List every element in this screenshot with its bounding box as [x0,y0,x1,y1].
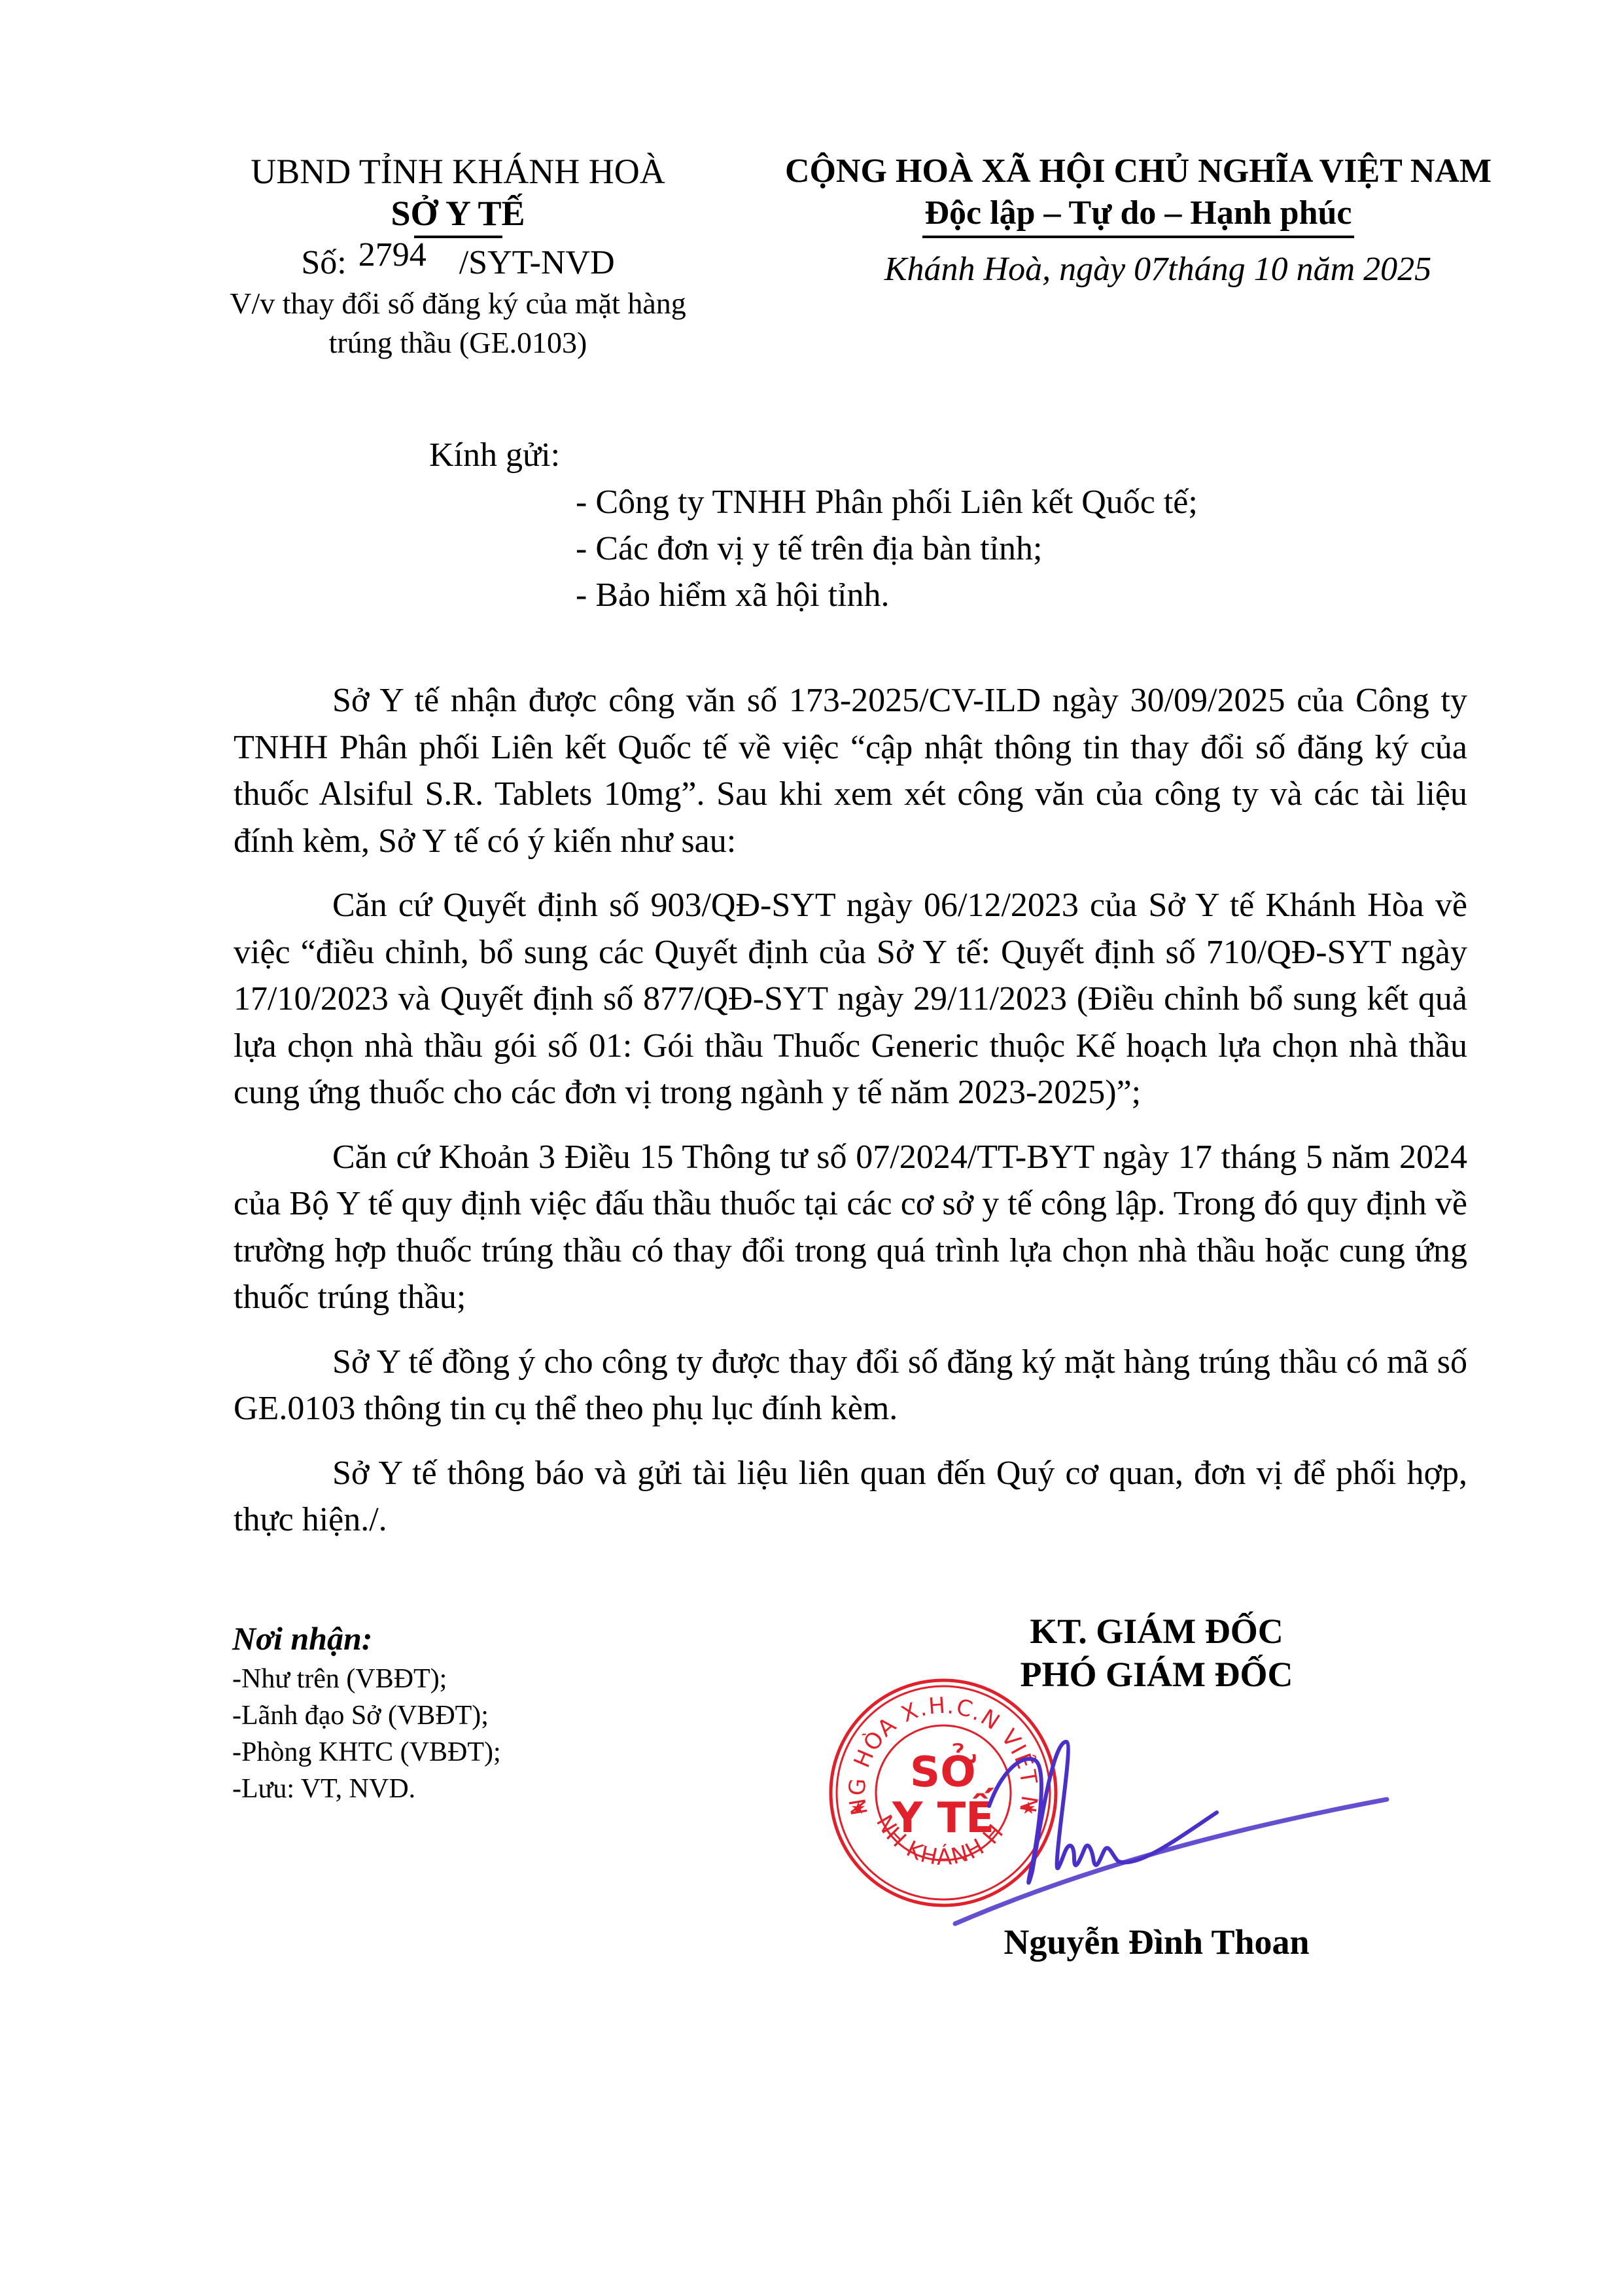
recipients-label: Kính gửi: [429,432,560,479]
document-number: Số:2794/SYT-NVD [183,242,733,284]
body-paragraph: Sở Y tế đồng ý cho công ty được thay đổi… [234,1339,1467,1432]
national-title: CỘNG HOÀ XÃ HỘI CHỦ NGHĨA VIỆT NAM [785,150,1492,192]
body-paragraph: Căn cứ Khoản 3 Điều 15 Thông tư số 07/20… [234,1134,1467,1321]
svg-text:★: ★ [850,1799,865,1818]
agency-underline [414,236,502,238]
distribution-block: Nơi nhận: -Như trên (VBĐT); -Lãnh đạo Sở… [232,1616,501,1807]
recipient-item: - Bảo hiểm xã hội tỉnh. [576,572,1198,618]
recipient-item: - Các đơn vị y tế trên địa bàn tỉnh; [576,525,1198,572]
recipient-item: - Công ty TNHH Phân phối Liên kết Quốc t… [576,479,1198,525]
recipients-list: - Công ty TNHH Phân phối Liên kết Quốc t… [576,479,1198,618]
doc-number-value: 2794 [358,236,427,274]
letter-body: Sở Y tế nhận được công văn số 173-2025/C… [234,677,1467,1561]
agency-name: SỞ Y TẾ [183,192,733,234]
distribution-item: -Phòng KHTC (VBĐT); [232,1734,501,1771]
doc-number-suffix: /SYT-NVD [459,244,615,281]
subject-line-2: trúng thầu (GE.0103) [183,323,733,362]
place-date: Khánh Hoà, ngày 07tháng 10 năm 2025 [785,249,1492,291]
distribution-item: -Lưu: VT, NVD. [232,1771,501,1807]
national-motto: Độc lập – Tự do – Hạnh phúc [785,192,1492,234]
issuing-agency-block: UBND TỈNH KHÁNH HOÀ SỞ Y TẾ Số:2794/SYT-… [183,150,733,362]
body-paragraph: Sở Y tế thông báo và gửi tài liệu liên q… [234,1450,1467,1544]
distribution-title: Nơi nhận: [232,1616,501,1661]
authority-name: UBND TỈNH KHÁNH HOÀ [183,150,733,192]
body-paragraph: Sở Y tế nhận được công văn số 173-2025/C… [234,677,1467,864]
national-header-block: CỘNG HOÀ XÃ HỘI CHỦ NGHĨA VIỆT NAM Độc l… [785,150,1492,291]
subject-line-1: V/v thay đổi số đăng ký của mặt hàng [183,284,733,323]
signer-name: Nguyễn Đình Thoan [960,1920,1353,1964]
doc-number-label: Số: [301,244,346,281]
distribution-item: -Như trên (VBĐT); [232,1661,501,1697]
signature-title-line1: KT. GIÁM ĐỐC [960,1610,1353,1653]
distribution-item: -Lãnh đạo Sở (VBĐT); [232,1697,501,1734]
body-paragraph: Căn cứ Quyết định số 903/QĐ-SYT ngày 06/… [234,882,1467,1116]
handwritten-signature-icon [929,1727,1400,1943]
motto-underline [922,236,1354,238]
